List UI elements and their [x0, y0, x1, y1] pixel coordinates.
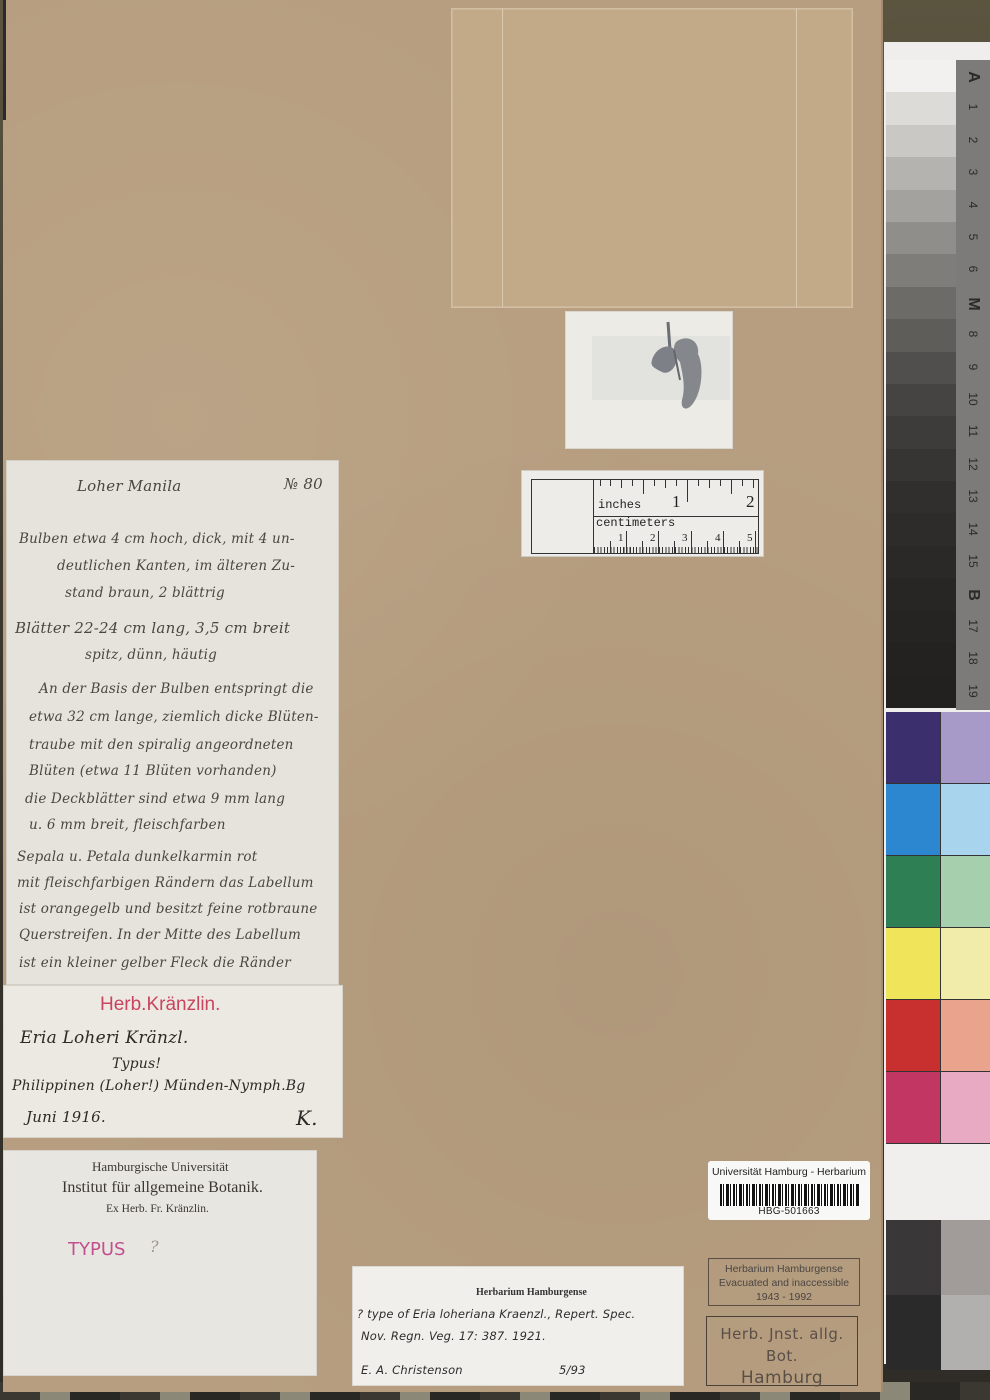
taxon-name: Eria Loheri Kränzl. [20, 1028, 189, 1048]
color-patch [886, 784, 941, 855]
white-patch [886, 1144, 990, 1220]
kranzlin-type-label[interactable]: Herb.Kränzlin. Eria Loheri Kränzl. Typus… [3, 985, 343, 1138]
color-patch-row [886, 1000, 990, 1072]
sheet-shadow-edge [3, 0, 6, 120]
cm-number-1: 1 [618, 532, 624, 544]
note-line: deutlichen Kanten, im älteren Zu- [57, 558, 295, 574]
note-line: traube mit den spiralig angeordneten [29, 737, 294, 753]
scale-index-label: 8 [966, 317, 980, 351]
color-patch [886, 1072, 941, 1143]
scale-ruler: inches 1 2 centimeters 1 2 3 4 5 [521, 470, 764, 557]
dark-patch [886, 1295, 941, 1370]
dark-patch [941, 1220, 990, 1295]
institute-stamp-line-2: Hamburg [707, 1367, 857, 1389]
note-line: mit fleischfarbigen Rändern das Labellum [17, 875, 314, 891]
color-patch-row [886, 712, 990, 784]
color-patch [941, 928, 990, 999]
barcode-id: HBG-501663 [708, 1206, 870, 1217]
color-patch [941, 856, 990, 927]
note-line: Sepala u. Petala dunkelkarmin rot [17, 849, 257, 865]
gray-patch [886, 254, 956, 286]
gray-patch [886, 319, 956, 351]
scale-index-label: 3 [966, 155, 980, 189]
gray-scale-index-strip: A123456M89101112131415B171819 [956, 60, 990, 710]
dark-patch-row [886, 1295, 990, 1370]
scale-index-label: A [964, 60, 982, 94]
collection-date: Juni 1916. [26, 1108, 106, 1126]
barcode-title: Universität Hamburg - Herbarium [708, 1166, 870, 1178]
ex-herbarium: Ex Herb. Fr. Kränzlin. [106, 1203, 209, 1215]
inch-number-2: 2 [746, 492, 755, 512]
author-initial: K. [296, 1106, 318, 1130]
det-line-2: Nov. Regn. Veg. 17: 387. 1921. [361, 1329, 546, 1343]
gray-patch [886, 546, 956, 578]
specimen-packet[interactable] [451, 8, 853, 308]
barcode-icon [720, 1184, 860, 1206]
color-patch-row [886, 1072, 990, 1144]
gray-patch [886, 416, 956, 448]
evac-line-2: Evacuated and inaccessible [709, 1276, 859, 1290]
scale-index-label: 9 [966, 350, 980, 384]
color-patch [941, 1000, 990, 1071]
herb-kranzlin-stamp: Herb.Kränzlin. [100, 994, 220, 1016]
note-line: etwa 32 cm lange, ziemlich dicke Blüten- [29, 709, 319, 725]
note-line: An der Basis der Bulben entspringt die [39, 681, 314, 697]
centimeters-label: centimeters [596, 516, 675, 530]
scale-index-label: 5 [966, 220, 980, 254]
cm-number-5: 5 [747, 532, 753, 544]
color-patch-row [886, 784, 990, 856]
gray-patch [886, 157, 956, 189]
color-patch-grid [886, 712, 990, 1370]
gray-patch [886, 578, 956, 610]
color-patch [886, 928, 941, 999]
cm-number-2: 2 [650, 532, 656, 544]
gray-patch [886, 352, 956, 384]
ruler-frame: inches 1 2 centimeters 1 2 3 4 5 [531, 479, 759, 554]
gray-patch [886, 125, 956, 157]
note-line: Bulben etwa 4 cm hoch, dick, mit 4 un- [19, 531, 295, 547]
note-line: stand braun, 2 blättrig [65, 585, 225, 601]
collector-locality: Loher Manila [77, 477, 181, 495]
plant-fragment-icon [646, 320, 716, 420]
gray-patch [886, 60, 956, 92]
scale-index-label: 19 [966, 674, 980, 708]
note-line: ist orangegelb und besitzt feine rotbrau… [19, 901, 317, 917]
typus-stamp: TYPUS [68, 1239, 125, 1260]
scale-index-label: 10 [966, 382, 980, 416]
university-label[interactable]: Hamburgische Universität Institut für al… [3, 1150, 317, 1376]
scale-index-label: 2 [966, 123, 980, 157]
determination-date: 5/93 [559, 1363, 586, 1377]
note-line: Blätter 22-24 cm lang, 3,5 cm breit [15, 619, 290, 637]
inch-number-1: 1 [672, 492, 681, 512]
locality: Philippinen (Loher!) Münden-Nymph.Bg [12, 1078, 305, 1094]
collection-number: № 80 [284, 475, 323, 493]
scale-index-label: 12 [966, 447, 980, 481]
institute-stamp-line-1: Herb. Jnst. allg. Bot. [707, 1323, 857, 1367]
scale-index-label: 13 [966, 479, 980, 513]
field-notes-label[interactable]: Loher Manila № 80 Bulben etwa 4 cm hoch,… [6, 460, 339, 985]
type-status: Typus! [112, 1056, 161, 1072]
scale-index-label: B [964, 578, 982, 612]
scale-index-label: 6 [966, 252, 980, 286]
color-patch [886, 856, 941, 927]
gray-scale-column [886, 60, 956, 708]
scale-index-label: 4 [966, 188, 980, 222]
packet-fold-right [796, 9, 797, 307]
color-patch-row [886, 856, 990, 928]
scale-index-label: M [964, 287, 982, 321]
gray-patch [886, 92, 956, 124]
evac-line-1: Herbarium Hamburgense [709, 1262, 859, 1276]
determination-label[interactable]: Herbarium Hamburgense ? type of Eria loh… [352, 1266, 684, 1386]
gray-patch [886, 611, 956, 643]
gray-patch [886, 449, 956, 481]
inches-label: inches [598, 498, 641, 512]
dark-patch-row [886, 1220, 990, 1295]
color-calibration-chart: A123456M89101112131415B171819 [884, 42, 990, 1364]
note-line: spitz, dünn, häutig [85, 647, 217, 663]
evac-line-3: 1943 - 1992 [709, 1290, 859, 1304]
gray-patch [886, 675, 956, 707]
typus-query-mark: ? [150, 1237, 159, 1256]
evacuation-stamp: Herbarium Hamburgense Evacuated and inac… [708, 1258, 860, 1306]
ruler-blank-area [532, 480, 594, 553]
gray-patch [886, 513, 956, 545]
gray-patch [886, 287, 956, 319]
scale-index-label: 14 [966, 512, 980, 546]
cm-number-3: 3 [682, 532, 688, 544]
note-line: Blüten (etwa 11 Blüten vorhanden) [29, 763, 277, 779]
note-line: u. 6 mm breit, fleischfarben [29, 817, 226, 833]
note-line: ist ein kleiner gelber Fleck die Ränder [19, 955, 291, 971]
dark-patch [941, 1295, 990, 1370]
scale-index-label: 11 [966, 414, 980, 448]
color-patch [941, 712, 990, 783]
dark-patch [886, 1220, 941, 1295]
color-patch [941, 784, 990, 855]
color-patch-row [886, 928, 990, 1000]
note-line: die Deckblätter sind etwa 9 mm lang [25, 791, 285, 807]
gray-patch [886, 190, 956, 222]
det-line-1: ? type of Eria loheriana Kraenzl., Reper… [357, 1307, 635, 1321]
gray-patch [886, 384, 956, 416]
institute-stamp: Herb. Jnst. allg. Bot. Hamburg [706, 1316, 858, 1386]
scale-index-label: 15 [966, 544, 980, 578]
color-patch [941, 1072, 990, 1143]
note-line: Querstreifen. In der Mitte des Labellum [19, 927, 301, 943]
scale-index-label: 18 [966, 641, 980, 675]
color-patch [886, 712, 941, 783]
packet-fold-left [502, 9, 503, 307]
color-patch [886, 1000, 941, 1071]
gray-patch [886, 481, 956, 513]
university-name: Hamburgische Universität [92, 1159, 229, 1175]
det-header: Herbarium Hamburgense [476, 1287, 587, 1298]
herbarium-sheet: inches 1 2 centimeters 1 2 3 4 5 [3, 0, 883, 1392]
gray-patch [886, 643, 956, 675]
gray-patch [886, 222, 956, 254]
institute-name: Institut für allgemeine Botanik. [62, 1179, 263, 1197]
ruler-scale: inches 1 2 centimeters 1 2 3 4 5 [594, 480, 758, 553]
barcode-label[interactable]: Universität Hamburg - Herbarium HBG-5016… [708, 1161, 870, 1220]
tissue-fragment-mount[interactable] [565, 311, 733, 449]
scale-index-label: 1 [966, 90, 980, 124]
determiner-name: E. A. Christenson [361, 1363, 463, 1377]
cm-number-4: 4 [715, 532, 721, 544]
scale-index-label: 17 [966, 609, 980, 643]
